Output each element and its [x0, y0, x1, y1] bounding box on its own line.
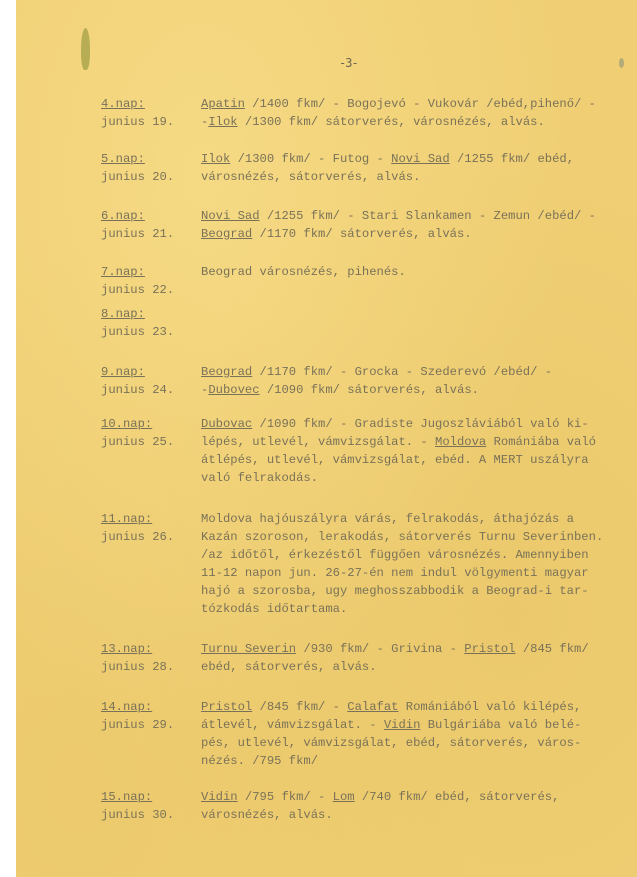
entry-label: 8.nap:junius 23. [101, 305, 201, 341]
text-segment: 11-12 napon jun. 26-27-én nem indul völg… [201, 566, 589, 580]
entry-label: 10.nap:junius 25. [101, 415, 201, 451]
place-name: Moldova [435, 435, 486, 449]
entry-date: junius 19. [101, 113, 201, 131]
entry-label: 4.nap:junius 19. [101, 95, 201, 131]
place-name: Turnu Severin [201, 642, 296, 656]
day-number: 13.nap: [101, 640, 201, 658]
entry-label: 5.nap:junius 20. [101, 150, 201, 186]
day-number: 4.nap: [101, 95, 201, 113]
entry-description: Novi Sad /1255 fkm/ - Stari Slankamen - … [201, 207, 631, 243]
text-segment: /845 fkm/ - [252, 700, 347, 714]
text-segment: lépés, utlevél, vámvizsgálat. - [201, 435, 435, 449]
entry-date: junius 21. [101, 225, 201, 243]
text-segment: /1170 fkm/ sátorverés, alvás. [252, 227, 471, 241]
entry-description: Dubovac /1090 fkm/ - Gradiste Jugoszlávi… [201, 415, 631, 487]
text-segment: átlépés, utlevél, vámvizsgálat, ebéd. A … [201, 453, 589, 467]
day-number: 6.nap: [101, 207, 201, 225]
text-segment: Moldova hajóuszályra várás, felrakodás, … [201, 512, 574, 526]
entry-label: 14.nap:junius 29. [101, 698, 201, 734]
entry-description: Beograd városnézés, pihenés. [201, 263, 631, 281]
text-segment: nézés. /795 fkm/ [201, 754, 318, 768]
place-name: Pristol [464, 642, 515, 656]
text-segment: /1400 fkm/ - Bogojevó - Vukovár /ebéd,pi… [245, 97, 596, 111]
place-name: Beograd [201, 227, 252, 241]
text-segment: városnézés, sátorverés, alvás. [201, 170, 420, 184]
text-segment: hajó a szorosba, ugy meghosszabbodik a B… [201, 584, 589, 598]
entry-description: Ilok /1300 fkm/ - Futog - Novi Sad /1255… [201, 150, 631, 186]
text-segment: /795 fkm/ - [238, 790, 333, 804]
place-name: Novi Sad [391, 152, 450, 166]
text-segment: való felrakodás. [201, 471, 318, 485]
text-segment: ebéd, sátorverés, alvás. [201, 660, 377, 674]
text-segment: tózkodás időtartama. [201, 602, 347, 616]
entry-description: Turnu Severin /930 fkm/ - Grivina - Pris… [201, 640, 631, 676]
text-segment: Beograd városnézés, pihenés. [201, 265, 406, 279]
day-number: 11.nap: [101, 510, 201, 528]
entry-label: 11.nap:junius 26. [101, 510, 201, 546]
day-number: 14.nap: [101, 698, 201, 716]
text-segment: városnézés, alvás. [201, 808, 333, 822]
entry-date: junius 29. [101, 716, 201, 734]
day-number: 7.nap: [101, 263, 201, 281]
entry-date: junius 25. [101, 433, 201, 451]
entry-description: Vidin /795 fkm/ - Lom /740 fkm/ ebéd, sá… [201, 788, 631, 824]
entry-description: Moldova hajóuszályra várás, felrakodás, … [201, 510, 631, 618]
entry-label: 13.nap:junius 28. [101, 640, 201, 676]
entry-date: junius 23. [101, 323, 201, 341]
entry-description: Beograd /1170 fkm/ - Grocka - Szederevó … [201, 363, 631, 399]
page-number: -3- [339, 56, 358, 70]
text-segment: /1300 fkm/ - Futog - [230, 152, 391, 166]
entry-date: junius 20. [101, 168, 201, 186]
place-name: Novi Sad [201, 209, 260, 223]
day-number: 5.nap: [101, 150, 201, 168]
place-name: Ilok [201, 152, 230, 166]
text-segment: /1255 fkm/ ebéd, [450, 152, 574, 166]
entry-label: 6.nap:junius 21. [101, 207, 201, 243]
text-segment: /930 fkm/ - Grivina - [296, 642, 464, 656]
text-segment: Romániába való [486, 435, 596, 449]
entry-date: junius 26. [101, 528, 201, 546]
text-segment: /az időtől, érkezéstől függően városnézé… [201, 548, 589, 562]
place-name: Dubovec [208, 383, 259, 397]
entry-date: junius 30. [101, 806, 201, 824]
place-name: Beograd [201, 365, 252, 379]
place-name: Vidin [201, 790, 238, 804]
entry-label: 7.nap:junius 22. [101, 263, 201, 299]
text-segment: /740 fkm/ ebéd, sátorverés, [355, 790, 560, 804]
day-number: 15.nap: [101, 788, 201, 806]
text-segment: /1090 fkm/ sátorverés, alvás. [260, 383, 479, 397]
entry-date: junius 28. [101, 658, 201, 676]
entry-description: Apatin /1400 fkm/ - Bogojevó - Vukovár /… [201, 95, 631, 131]
place-name: Dubovac [201, 417, 252, 431]
place-name: Vidin [384, 718, 421, 732]
place-name: Ilok [208, 115, 237, 129]
entry-label: 9.nap:junius 24. [101, 363, 201, 399]
text-segment: /1255 fkm/ - Stari Slankamen - Zemun /eb… [260, 209, 596, 223]
text-segment: /845 fkm/ [516, 642, 589, 656]
punch-hole-mark [619, 58, 624, 68]
text-segment: /1170 fkm/ - Grocka - Szederevó /ebéd/ - [252, 365, 552, 379]
place-name: Calafat [347, 700, 398, 714]
text-segment: átlevél, vámvizsgálat. - [201, 718, 384, 732]
entry-description: Pristol /845 fkm/ - Calafat Romániából v… [201, 698, 631, 770]
place-name: Lom [333, 790, 355, 804]
day-number: 10.nap: [101, 415, 201, 433]
entry-date: junius 22. [101, 281, 201, 299]
text-segment: Bulgáriába való belé- [420, 718, 581, 732]
text-segment: Romániából való kilépés, [398, 700, 581, 714]
entry-label: 15.nap:junius 30. [101, 788, 201, 824]
entry-date: junius 24. [101, 381, 201, 399]
paper-stain [81, 28, 90, 70]
text-segment: pés, utlevél, vámvizsgálat, ebéd, sátorv… [201, 736, 581, 750]
text-segment: Kazán szoroson, lerakodás, sátorverés Tu… [201, 530, 603, 544]
day-number: 8.nap: [101, 305, 201, 323]
text-segment: /1300 fkm/ sátorverés, városnézés, alvás… [238, 115, 545, 129]
day-number: 9.nap: [101, 363, 201, 381]
place-name: Apatin [201, 97, 245, 111]
text-segment: /1090 fkm/ - Gradiste Jugoszláviából val… [252, 417, 588, 431]
place-name: Pristol [201, 700, 252, 714]
